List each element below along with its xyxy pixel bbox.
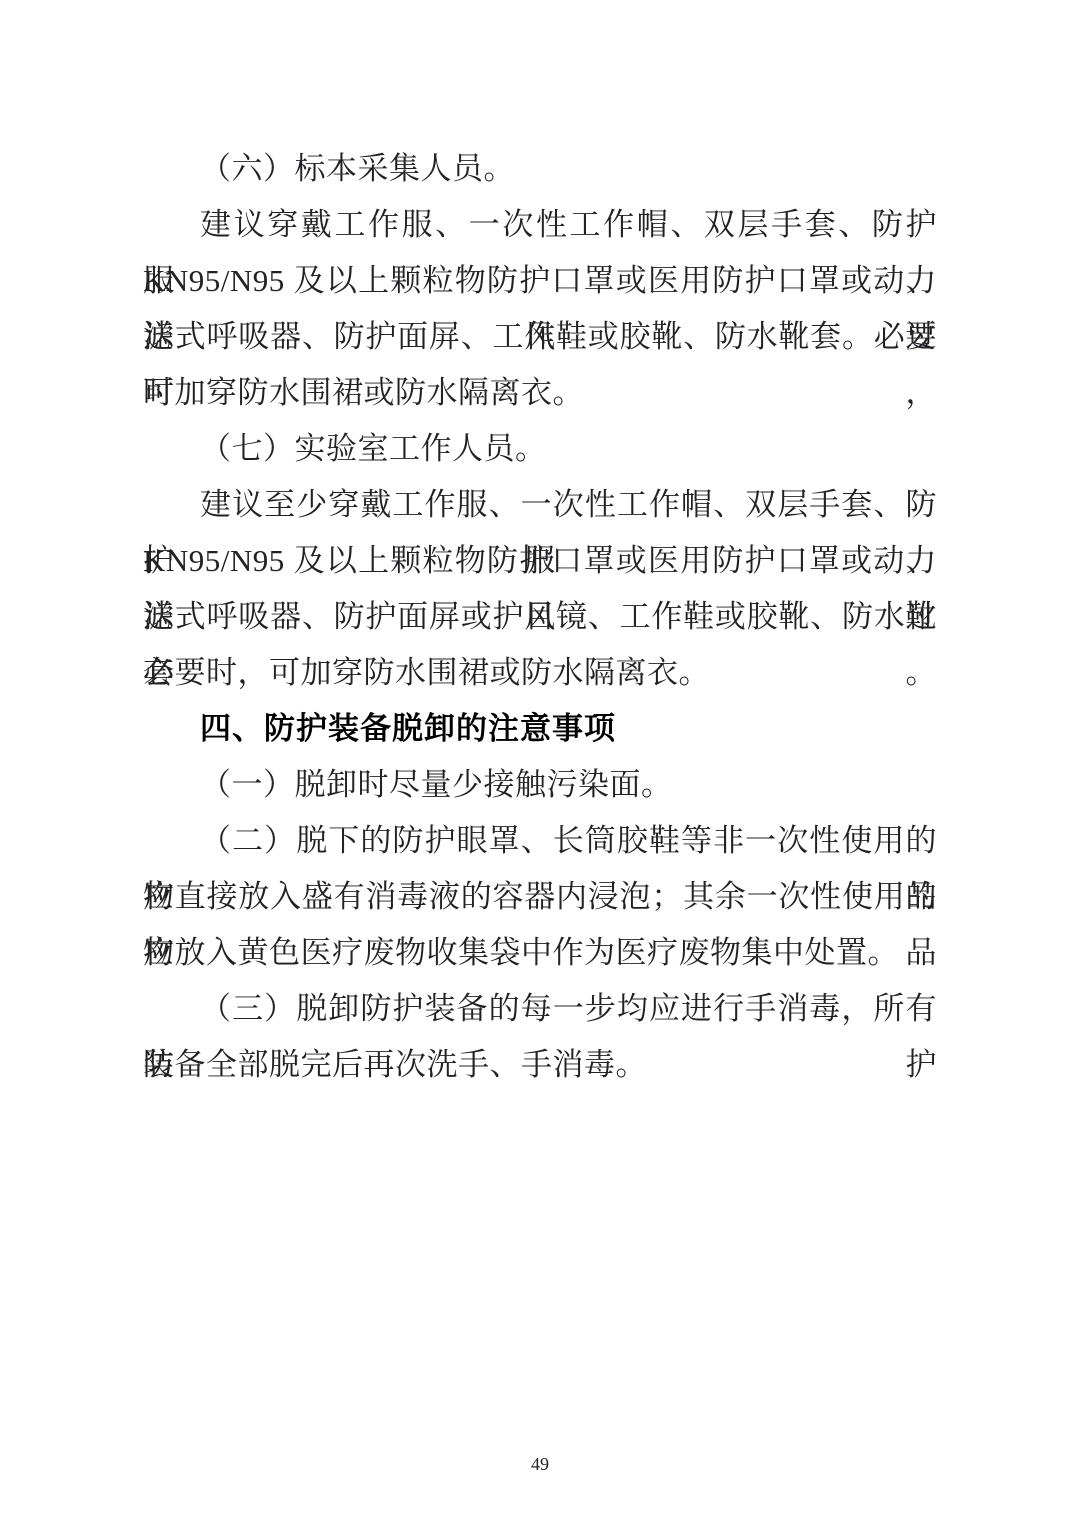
list-item-1: （一）脱卸时尽量少接触污染面。 xyxy=(143,757,937,813)
paragraph-line: 建议穿戴工作服、一次性工作帽、双层手套、防护服、 xyxy=(143,197,937,253)
paragraph-line: 应放入黄色医疗废物收集袋中作为医疗废物集中处置。 xyxy=(143,925,937,981)
paragraph-line: 建议至少穿戴工作服、一次性工作帽、双层手套、防护服、 xyxy=(143,477,937,533)
list-item-3: （三）脱卸防护装备的每一步均应进行手消毒，所有防护 xyxy=(143,981,937,1037)
subsection-heading-6: （六）标本采集人员。 xyxy=(143,141,937,197)
list-item-2: （二）脱下的防护眼罩、长筒胶鞋等非一次性使用的物品 xyxy=(143,813,937,869)
page-number: 49 xyxy=(0,1452,1080,1476)
document-body: （六）标本采集人员。 建议穿戴工作服、一次性工作帽、双层手套、防护服、 KN95… xyxy=(143,141,937,1093)
paragraph-line: 滤式呼吸器、防护面屏、工作鞋或胶靴、防水靴套。必要时， xyxy=(143,309,937,365)
paragraph-line: 滤式呼吸器、防护面屏或护目镜、工作鞋或胶靴、防水靴套。 xyxy=(143,589,937,645)
document-page: （六）标本采集人员。 建议穿戴工作服、一次性工作帽、双层手套、防护服、 KN95… xyxy=(0,0,1080,1526)
section-heading-4: 四、防护装备脱卸的注意事项 xyxy=(143,701,937,757)
paragraph-line: KN95/N95 及以上颗粒物防护口罩或医用防护口罩或动力送风过 xyxy=(143,533,937,589)
subsection-heading-7: （七）实验室工作人员。 xyxy=(143,421,937,477)
paragraph-line: KN95/N95 及以上颗粒物防护口罩或医用防护口罩或动力送风过 xyxy=(143,253,937,309)
paragraph-line: 应直接放入盛有消毒液的容器内浸泡；其余一次性使用的物品 xyxy=(143,869,937,925)
